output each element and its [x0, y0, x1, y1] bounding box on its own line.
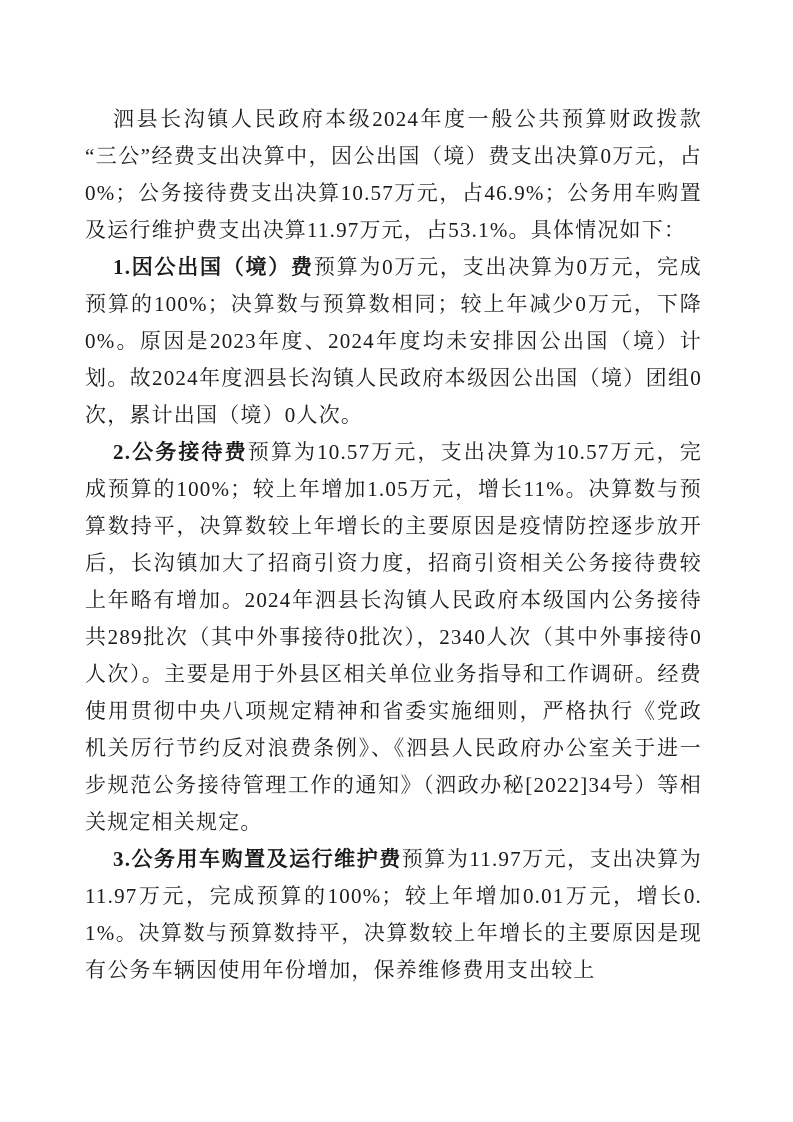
section-1-heading: 1.因公出国（境）费	[113, 255, 314, 279]
section-3-heading: 3.公务用车购置及运行维护费	[113, 847, 402, 871]
section-2-heading: 2.公务接待费	[113, 440, 248, 464]
paragraph-intro-text: 泗县长沟镇人民政府本级2024年度一般公共预算财政拨款“三公”经费支出决算中，因…	[85, 107, 702, 242]
paragraph-intro: 泗县长沟镇人民政府本级2024年度一般公共预算财政拨款“三公”经费支出决算中，因…	[85, 101, 702, 249]
paragraph-section-1: 1.因公出国（境）费预算为0万元，支出决算为0万元，完成预算的100%；决算数与…	[85, 249, 702, 434]
section-2-text: 预算为10.57万元，支出决算为10.57万元，完成预算的100%；较上年增加1…	[85, 440, 702, 834]
paragraph-section-3: 3.公务用车购置及运行维护费预算为11.97万元，支出决算为11.97万元，完成…	[85, 841, 702, 989]
document-body: 泗县长沟镇人民政府本级2024年度一般公共预算财政拨款“三公”经费支出决算中，因…	[85, 101, 702, 989]
section-1-text: 预算为0万元，支出决算为0万元，完成预算的100%；决算数与预算数相同；较上年减…	[85, 255, 702, 427]
paragraph-section-2: 2.公务接待费预算为10.57万元，支出决算为10.57万元，完成预算的100%…	[85, 434, 702, 841]
document-page: 泗县长沟镇人民政府本级2024年度一般公共预算财政拨款“三公”经费支出决算中，因…	[0, 0, 793, 1122]
